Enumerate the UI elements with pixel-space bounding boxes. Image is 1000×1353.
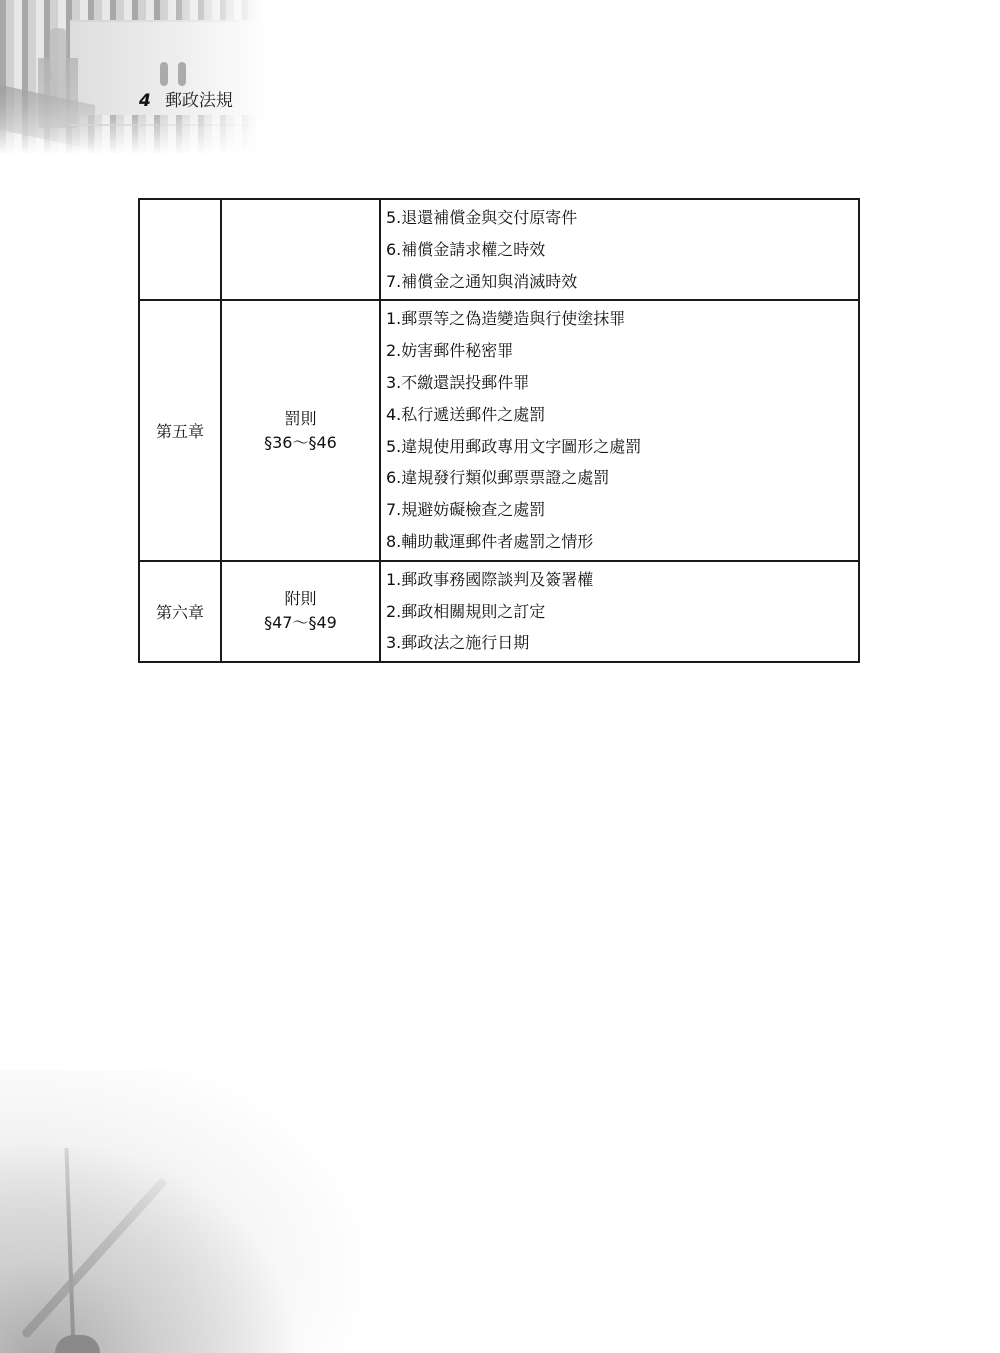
list-item: 4.私行遞送郵件之處罰 bbox=[386, 399, 858, 431]
banner-line bbox=[70, 124, 260, 126]
list-item: 3.不繳還誤投郵件罪 bbox=[386, 367, 858, 399]
list-item: 2.郵政相關規則之訂定 bbox=[386, 596, 858, 628]
table-row: 5.退還補償金與交付原寄件 6.補償金請求權之時效 7.補償金之通知與消滅時效 bbox=[139, 199, 859, 300]
list-item: 6.違規發行類似郵票票證之處罰 bbox=[386, 462, 858, 494]
list-item: 1.郵票等之偽造變造與行使塗抹罪 bbox=[386, 303, 858, 335]
items-cell: 5.退還補償金與交付原寄件 6.補償金請求權之時效 7.補償金之通知與消滅時效 bbox=[380, 199, 859, 300]
table-row: 第六章 附則 §47～§49 1.郵政事務國際談判及簽署權 2.郵政相關規則之訂… bbox=[139, 561, 859, 662]
list-item: 5.違規使用郵政專用文字圖形之處罰 bbox=[386, 431, 858, 463]
banner-line bbox=[70, 20, 260, 22]
list-item: 1.郵政事務國際談判及簽署權 bbox=[386, 564, 858, 596]
list-item: 5.退還補償金與交付原寄件 bbox=[386, 202, 858, 234]
chapter-outline-table: 5.退還補償金與交付原寄件 6.補償金請求權之時效 7.補償金之通知與消滅時效 … bbox=[138, 198, 860, 663]
chapter-cell: 第五章 bbox=[139, 300, 221, 560]
chapter-cell: 第六章 bbox=[139, 561, 221, 662]
header-decorative-photo bbox=[0, 0, 265, 155]
clock-hand-icon bbox=[21, 1177, 168, 1339]
section-cell: 附則 §47～§49 bbox=[221, 561, 380, 662]
section-cell: 罰則 §36～§46 bbox=[221, 300, 380, 560]
section-range: §36～§46 bbox=[222, 431, 379, 455]
list-item: 7.規避妨礙檢查之處罰 bbox=[386, 494, 858, 526]
items-cell: 1.郵票等之偽造變造與行使塗抹罪 2.妨害郵件秘密罪 3.不繳還誤投郵件罪 4.… bbox=[380, 300, 859, 560]
chapter-cell bbox=[139, 199, 221, 300]
section-title: 罰則 bbox=[284, 409, 316, 428]
banner-walker-figure bbox=[160, 62, 168, 86]
list-item: 2.妨害郵件秘密罪 bbox=[386, 335, 858, 367]
banner-walker-figure bbox=[178, 62, 186, 86]
list-item: 3.郵政法之施行日期 bbox=[386, 627, 858, 659]
running-header: 4 郵政法規 bbox=[139, 86, 233, 111]
running-title: 郵政法規 bbox=[165, 86, 233, 111]
section-cell bbox=[221, 199, 380, 300]
clock-hub-icon bbox=[55, 1335, 100, 1353]
list-item: 8.輔助載運郵件者處罰之情形 bbox=[386, 526, 858, 558]
section-range: §47～§49 bbox=[222, 611, 379, 635]
table-row: 第五章 罰則 §36～§46 1.郵票等之偽造變造與行使塗抹罪 2.妨害郵件秘密… bbox=[139, 300, 859, 560]
clock-hand-icon bbox=[64, 1148, 75, 1353]
items-cell: 1.郵政事務國際談判及簽署權 2.郵政相關規則之訂定 3.郵政法之施行日期 bbox=[380, 561, 859, 662]
list-item: 7.補償金之通知與消滅時效 bbox=[386, 266, 858, 298]
list-item: 6.補償金請求權之時效 bbox=[386, 234, 858, 266]
page-number: 4 bbox=[139, 91, 151, 111]
footer-decorative-clock-image bbox=[0, 1070, 360, 1353]
section-title: 附則 bbox=[284, 589, 316, 608]
